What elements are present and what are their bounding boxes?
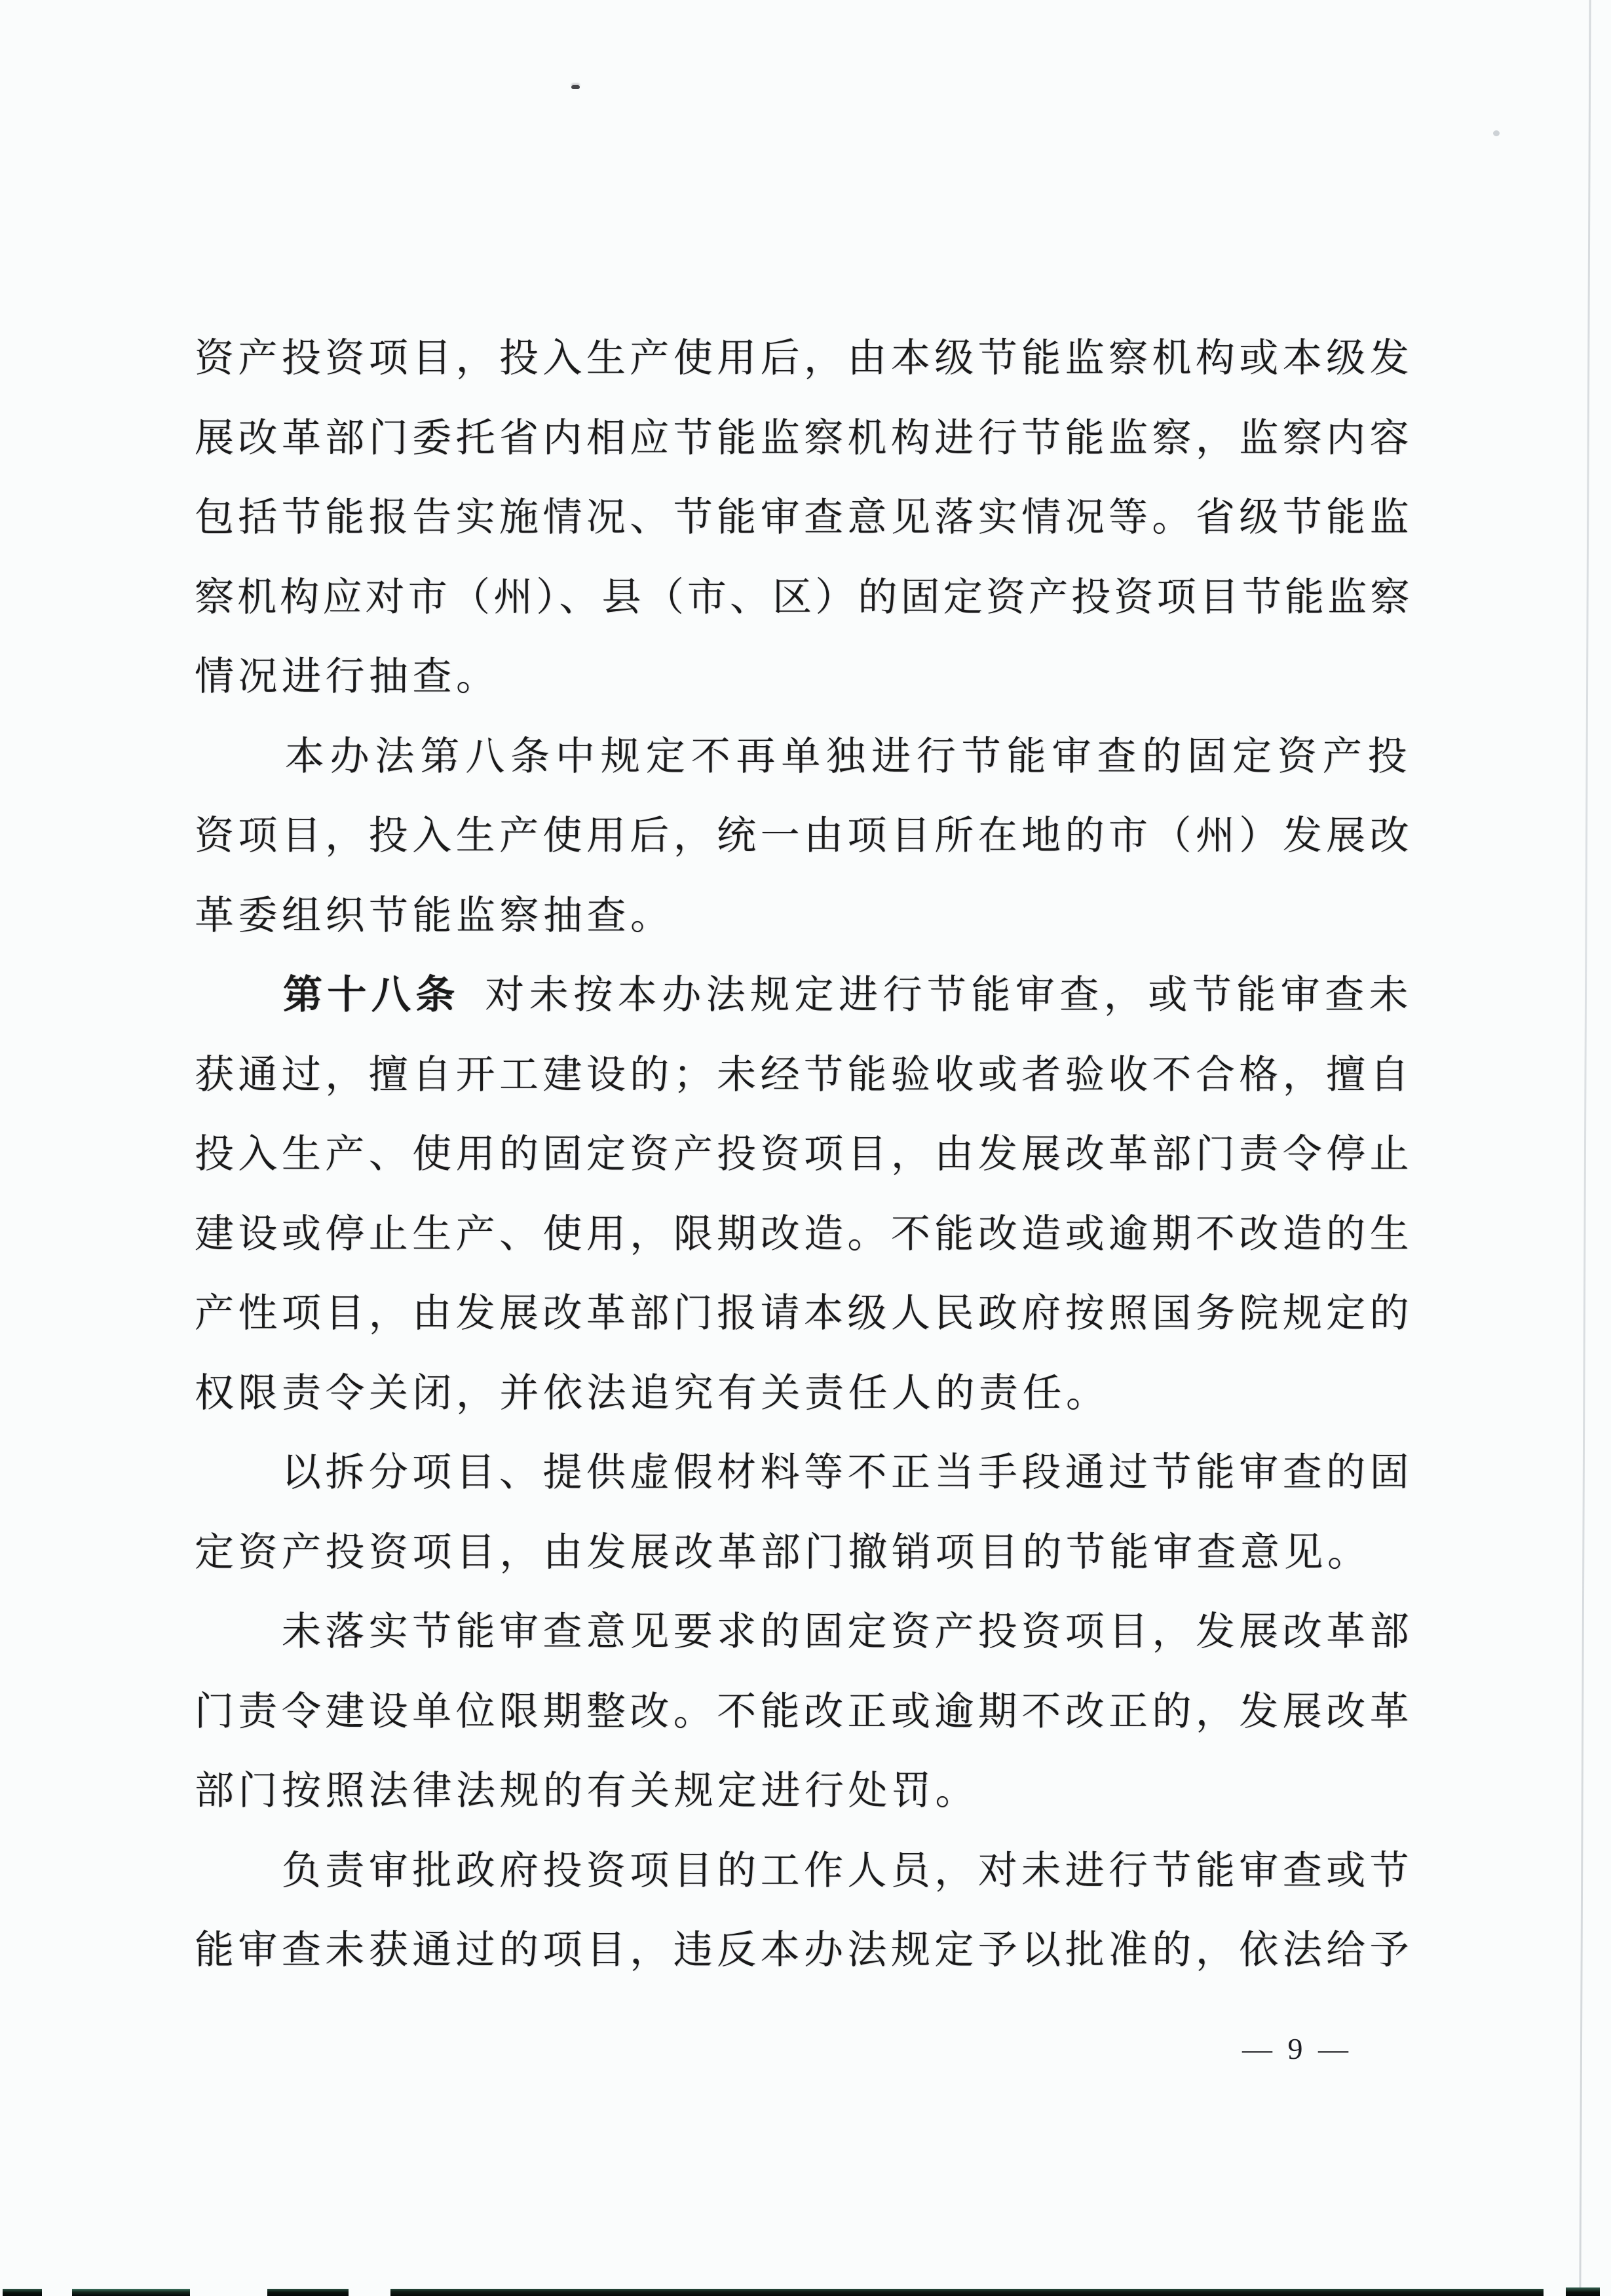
text-segment: 以拆分项目、提供虚假材料等不正当手段通过节能审查的固 [195, 1451, 1413, 1494]
text-line: 获通过，擅自开工建设的；未经节能验收或者验收不合格，擅自 [195, 1036, 1413, 1116]
scan-bottom-strip-artifact [267, 2289, 349, 2296]
scan-bottom-strip-artifact [3, 2289, 42, 2296]
text-segment: 能审查未获通过的项目，违反本办法规定予以批准的，依法给予 [195, 1929, 1413, 1972]
text-segment: 未落实节能审查意见要求的固定资产投资项目，发展改革部 [195, 1610, 1413, 1653]
text-line: 权限责令关闭，并依法追究有关责任人的责任。 [195, 1354, 1110, 1434]
text-line: 部门按照法律法规的有关规定进行处罚。 [195, 1752, 979, 1832]
text-segment: 资项目，投入生产使用后，统一由项目所在地的市（州）发展改 [195, 814, 1413, 857]
scan-speck-artifact [571, 85, 580, 89]
text-line: 产性项目，由发展改革部门报请本级人民政府按照国务院规定的 [195, 1274, 1413, 1354]
article-heading-bold: 第十八条 [283, 973, 460, 1017]
text-segment: 察机构应对市（州）、县（市、区）的固定资产投资项目节能监察 [195, 576, 1413, 619]
text-line: 未落实节能审查意见要求的固定资产投资项目，发展改革部 [195, 1592, 1413, 1672]
document-body-text: 资产投资项目，投入生产使用后，由本级节能监察机构或本级发展改革部门委托省内相应节… [195, 319, 1413, 1991]
scan-bottom-strip-artifact [72, 2289, 190, 2296]
text-line: 以拆分项目、提供虚假材料等不正当手段通过节能审查的固 [195, 1433, 1413, 1513]
text-segment: 本办法第八条中规定不再单独进行节能审查的固定资产投 [195, 735, 1413, 778]
text-segment: 展改革部门委托省内相应节能监察机构进行节能监察，监察内容 [195, 417, 1413, 460]
scan-edge-line-artifact [1579, 0, 1591, 2296]
text-segment: 对未按本办法规定进行节能审查，或节能审查未 [460, 973, 1413, 1017]
text-line: 能审查未获通过的项目，违反本办法规定予以批准的，依法给予 [195, 1911, 1413, 1991]
text-segment: 负责审批政府投资项目的工作人员，对未进行节能审查或节 [195, 1849, 1413, 1892]
text-line: 展改革部门委托省内相应节能监察机构进行节能监察，监察内容 [195, 399, 1413, 479]
scan-bottom-strip-artifact [1566, 2287, 1600, 2296]
text-segment: 门责令建设单位限期整改。不能改正或逾期不改正的，发展改革 [195, 1690, 1413, 1733]
text-line: 第十八条 对未按本办法规定进行节能审查，或节能审查未 [195, 956, 1413, 1036]
scan-bottom-strip-artifact [390, 2289, 1544, 2296]
text-line: 察机构应对市（州）、县（市、区）的固定资产投资项目节能监察 [195, 558, 1413, 638]
text-segment: 情况进行抽查。 [195, 655, 500, 698]
scan-speck-artifact [1493, 130, 1500, 136]
text-segment: 建设或停止生产、使用，限期改造。不能改造或逾期不改造的生 [195, 1213, 1413, 1256]
text-line: 建设或停止生产、使用，限期改造。不能改造或逾期不改造的生 [195, 1195, 1413, 1275]
text-segment [195, 973, 283, 1017]
text-line: 负责审批政府投资项目的工作人员，对未进行节能审查或节 [195, 1832, 1413, 1911]
text-segment: 产性项目，由发展改革部门报请本级人民政府按照国务院规定的 [195, 1292, 1413, 1335]
text-line: 门责令建设单位限期整改。不能改正或逾期不改正的，发展改革 [195, 1672, 1413, 1752]
text-segment: 部门按照法律法规的有关规定进行处罚。 [195, 1769, 979, 1813]
text-segment: 革委组织节能监察抽查。 [195, 894, 674, 937]
text-segment: 资产投资项目，投入生产使用后，由本级节能监察机构或本级发 [195, 337, 1413, 380]
text-line: 革委组织节能监察抽查。 [195, 876, 674, 956]
text-line: 投入生产、使用的固定资产投资项目，由发展改革部门责令停止 [195, 1115, 1413, 1195]
text-segment: 投入生产、使用的固定资产投资项目，由发展改革部门责令停止 [195, 1133, 1413, 1176]
text-segment: 包括节能报告实施情况、节能审查意见落实情况等。省级节能监 [195, 496, 1413, 539]
scanned-document-page: 资产投资项目，投入生产使用后，由本级节能监察机构或本级发展改革部门委托省内相应节… [0, 0, 1611, 2296]
text-line: 资产投资项目，投入生产使用后，由本级节能监察机构或本级发 [195, 319, 1413, 399]
text-segment: 获通过，擅自开工建设的；未经节能验收或者验收不合格，擅自 [195, 1053, 1413, 1097]
text-line: 包括节能报告实施情况、节能审查意见落实情况等。省级节能监 [195, 478, 1413, 558]
text-segment: 定资产投资项目，由发展改革部门撤销项目的节能审查意见。 [195, 1531, 1371, 1574]
text-line: 定资产投资项目，由发展改革部门撤销项目的节能审查意见。 [195, 1513, 1371, 1593]
page-number-footer: — 9 — [1173, 2018, 1422, 2080]
text-segment: 权限责令关闭，并依法追究有关责任人的责任。 [195, 1372, 1110, 1415]
text-line: 情况进行抽查。 [195, 637, 500, 717]
text-line: 本办法第八条中规定不再单独进行节能审查的固定资产投 [195, 717, 1413, 797]
text-line: 资项目，投入生产使用后，统一由项目所在地的市（州）发展改 [195, 797, 1413, 876]
